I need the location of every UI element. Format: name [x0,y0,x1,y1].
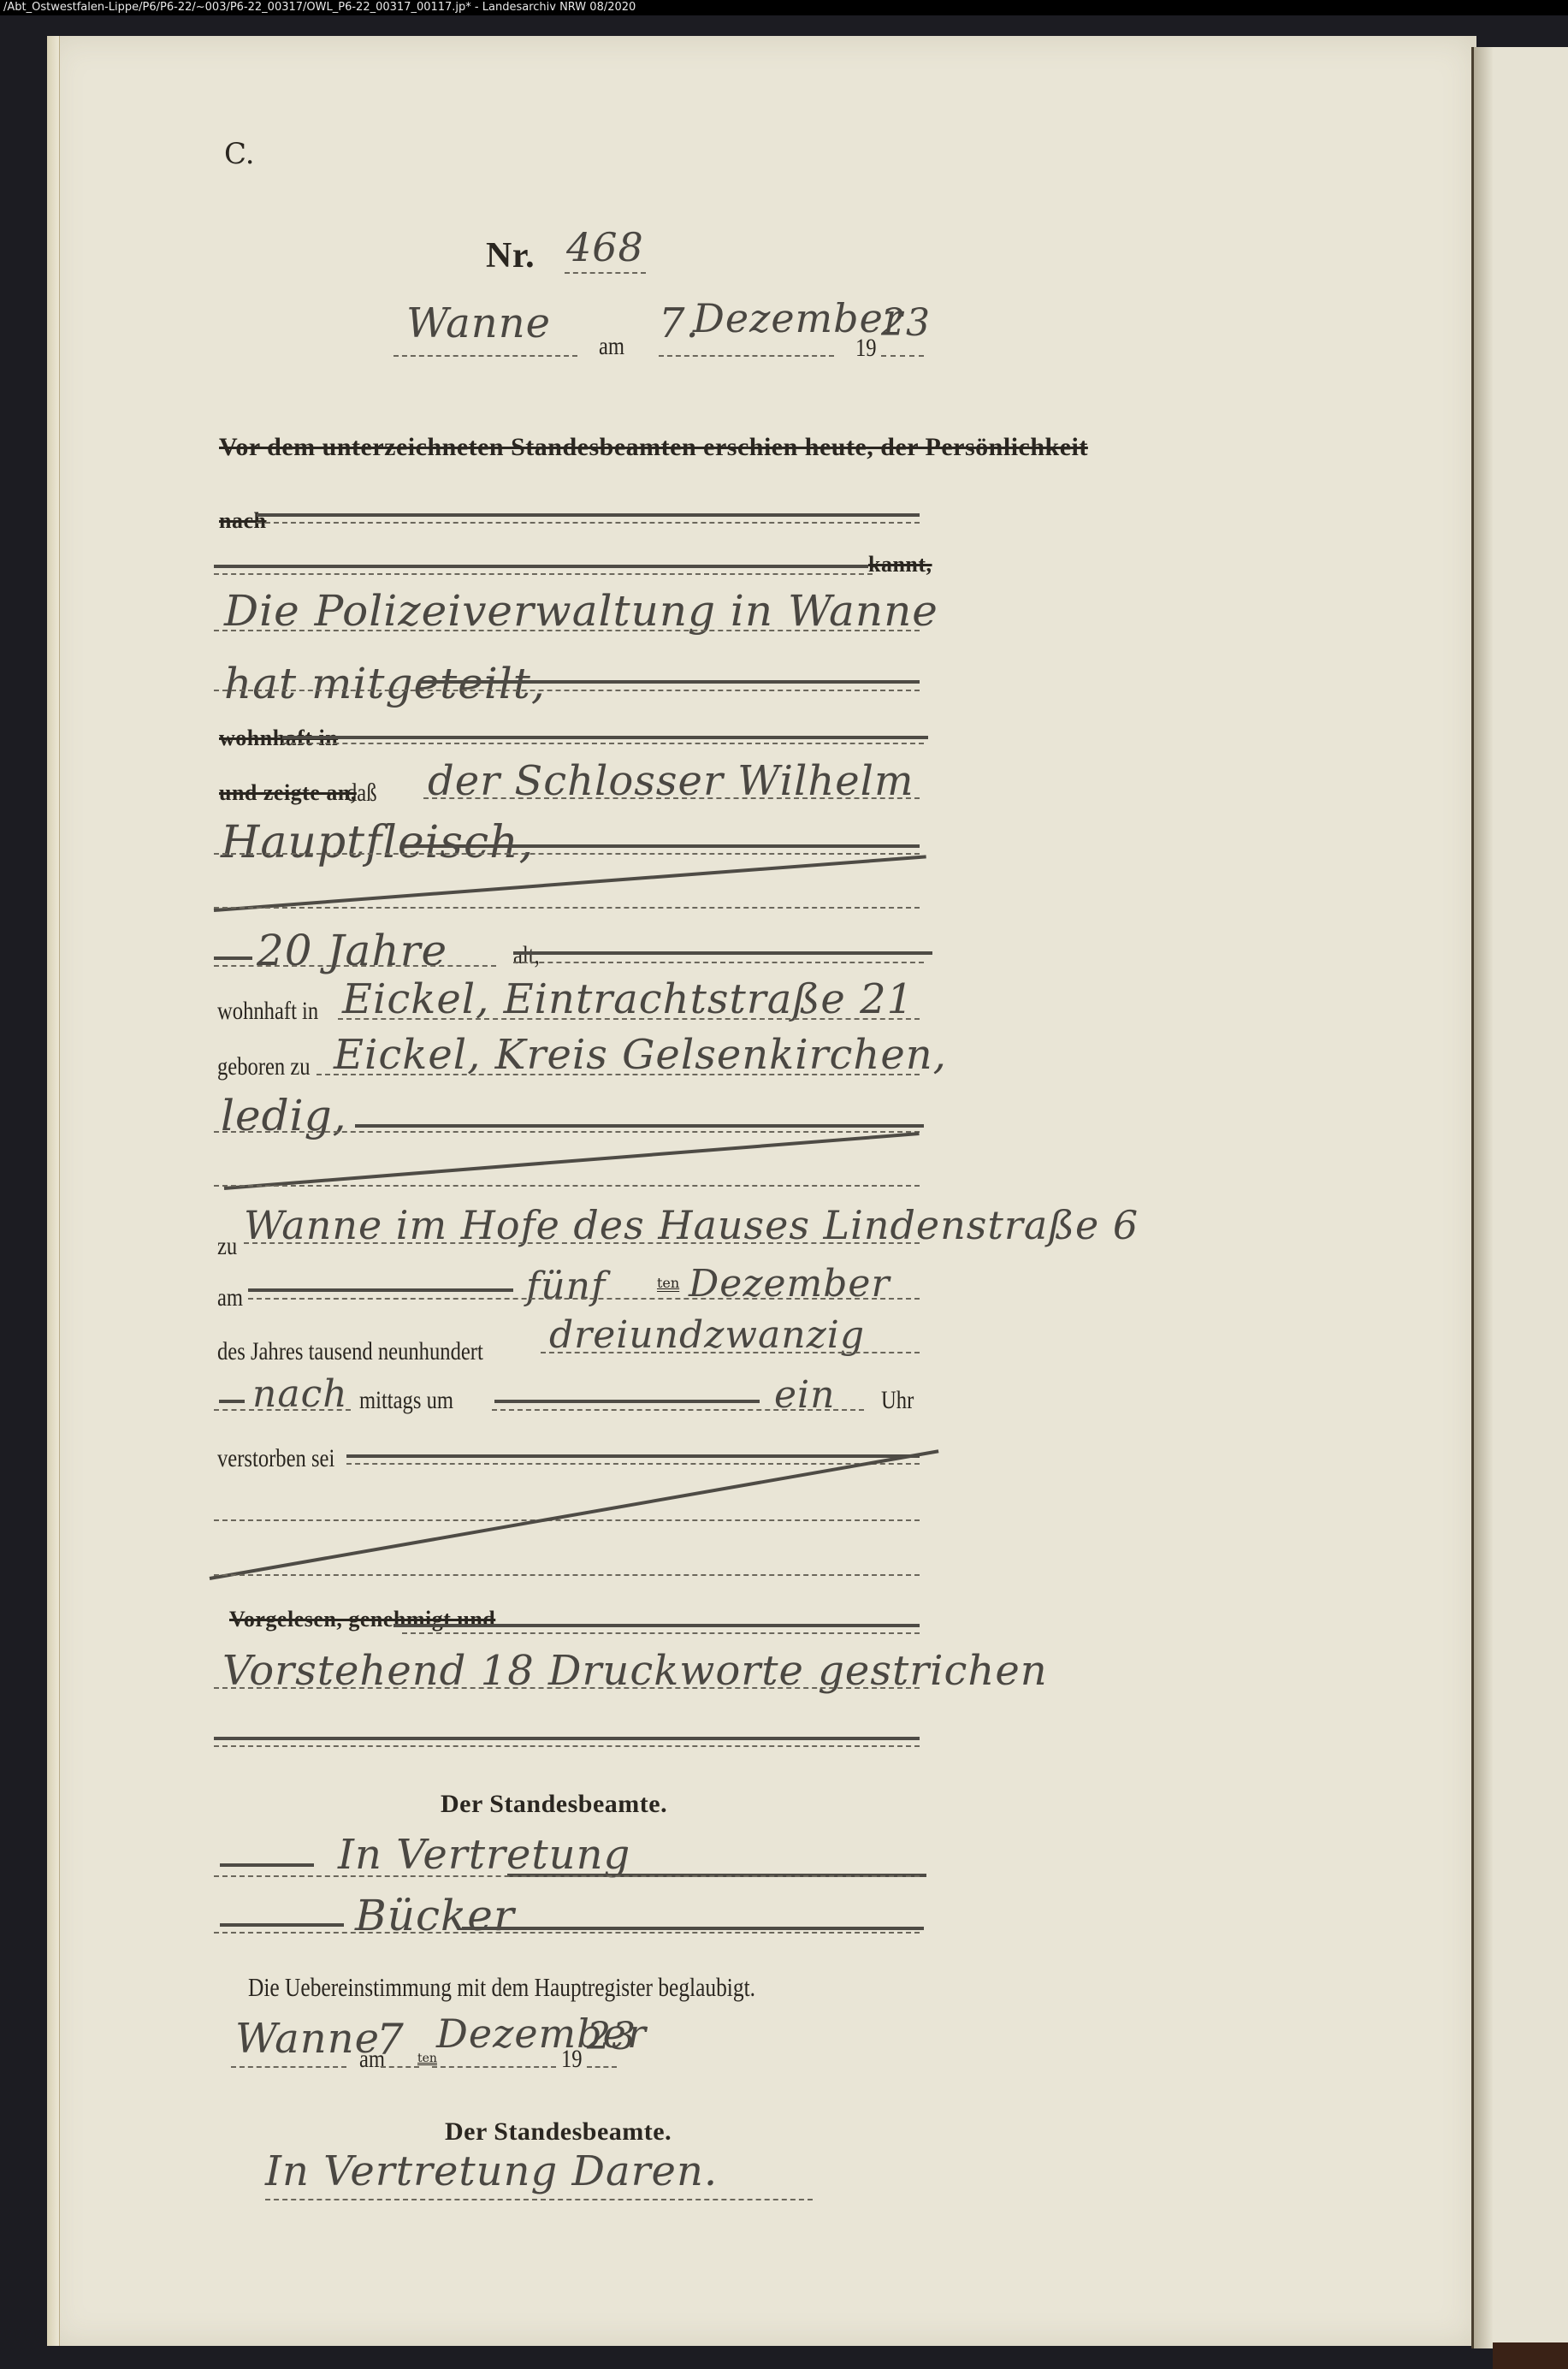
wohnhaft-struck-line [282,743,924,744]
status-line [214,1131,920,1133]
month-line [659,355,834,357]
place-line [393,355,577,357]
hand-birthplace: Eickel, Kreis Gelsenkirchen, [334,1031,947,1079]
geboren-label: geboren zu [217,1052,311,1081]
ten-suffix: ten [657,1275,679,1291]
fill-rule [462,1927,924,1930]
deceased-line-3 [214,907,920,909]
cert-year-line [587,2066,617,2068]
residence-line [338,1018,920,1020]
struck-zeigte-an: und zeigte an, [219,780,357,806]
hand-residence: Eickel, Eintrachtstraße 21 [342,975,914,1023]
struck-vorgelesen: Vorgelesen, genehmigt und [229,1607,495,1632]
fill-rule [494,1400,760,1403]
fill-rule [214,1737,920,1740]
struck-kannt: kannt, [868,552,932,577]
note-line-2 [214,1745,920,1747]
signature-line-2 [214,1932,920,1934]
hand-death-day: fünf [526,1264,606,1308]
hand-deceased-name: Hauptfleisch, [221,817,534,868]
nr-line [565,272,646,274]
fill-rule [214,956,252,960]
alt-line [513,962,924,963]
informant-line-2 [214,690,920,691]
verstorben-line [346,1463,920,1465]
cert-place-line [231,2066,346,2068]
year-label: des Jahres tausend neunhundert [217,1337,483,1366]
fill-rule [513,951,932,955]
death-place-line [244,1242,920,1244]
hand-informant-line-2: hat mitgeteilt, [224,659,546,708]
cert-year: 23 [587,2015,636,2058]
registrar-title-2: Der Standesbeamte. [445,2117,672,2147]
registrar-title: Der Standesbeamte. [441,1790,667,1819]
fill-rule [419,680,920,684]
alt-label: alt, [513,941,540,970]
time-hour-line [492,1409,864,1411]
note-line [214,1687,920,1689]
hand-death-year: dreiundzwanzig [549,1313,865,1357]
cert-day-line [381,2066,419,2068]
year-prefix: 19 [855,334,877,363]
cert-year-prefix: 19 [561,2045,583,2074]
record-year: 23 [881,301,931,345]
cert-place: Wanne [235,2015,380,2063]
fill-rule [355,1124,924,1128]
am-label: am [599,332,624,361]
hand-death-place: Wanne im Hofe des Hauses Lindenstraße 6 [244,1202,1139,1248]
verstorben-label: verstorben sei [217,1444,334,1473]
certification-text: Die Uebereinstimmung mit dem Hauptregist… [248,1972,755,2003]
signature-line-3 [265,2199,813,2200]
cert-day: 7 [376,2015,405,2064]
signature-line-1 [214,1875,920,1877]
age-line [214,965,496,967]
uhr-label: Uhr [881,1386,914,1415]
struck-nach: nach [219,508,266,534]
strike-rule [214,565,868,568]
informant-line-1 [214,630,920,631]
record-number: 468 [566,224,644,270]
blank-line-2 [214,1574,920,1576]
strike-rule [282,736,928,739]
hand-signature-2: In Vertretung Daren. [265,2147,718,2195]
hand-informant-line-1: Die Polizeiverwaltung in Wanne [224,586,938,636]
strike-rule [257,513,920,517]
death-year-line [541,1352,920,1353]
vorgelesen-line [402,1632,920,1634]
wohnhaft-label: wohnhaft in [217,997,318,1026]
blank-line-1 [214,1519,920,1521]
death-register-form: C. Nr. 468 Wanne am 7. Dezember 19 23 Vo… [0,0,1568,2369]
dass-label: daß [346,779,377,808]
fill-rule [220,1923,344,1927]
hand-signature-1a: In Vertretung [338,1831,630,1879]
am-death-label: am [217,1283,243,1312]
birthplace-line [317,1074,920,1075]
cancel-stroke [224,1132,920,1190]
record-place: Wanne [406,299,551,347]
deceased-line-1 [423,797,920,799]
zu-label: zu [217,1232,237,1261]
fill-rule [220,1863,314,1867]
struck-intro-text: Vor dem unterzeichneten Standesbeamten e… [219,433,1088,462]
fill-rule [248,1288,513,1292]
strike-rule [393,1624,920,1627]
mittags-label: mittags um [359,1386,453,1415]
deceased-line-2 [214,853,920,855]
hand-marital-status: ledig, [221,1091,346,1140]
fill-rule [346,1454,920,1458]
kannt-line [214,573,873,575]
cert-ten-suffix: ten [417,2052,437,2065]
hand-age: 20 Jahre [257,926,447,975]
fill-rule [402,844,920,848]
death-date-line [248,1298,920,1300]
fill-rule [219,1400,245,1403]
year-line [881,355,924,357]
nach-line [257,522,920,524]
nr-label: Nr. [486,235,535,276]
corner-mark: C. [224,137,255,171]
time-period-line [214,1409,351,1411]
status-line-2 [214,1185,920,1187]
cert-month-line [432,2066,556,2068]
